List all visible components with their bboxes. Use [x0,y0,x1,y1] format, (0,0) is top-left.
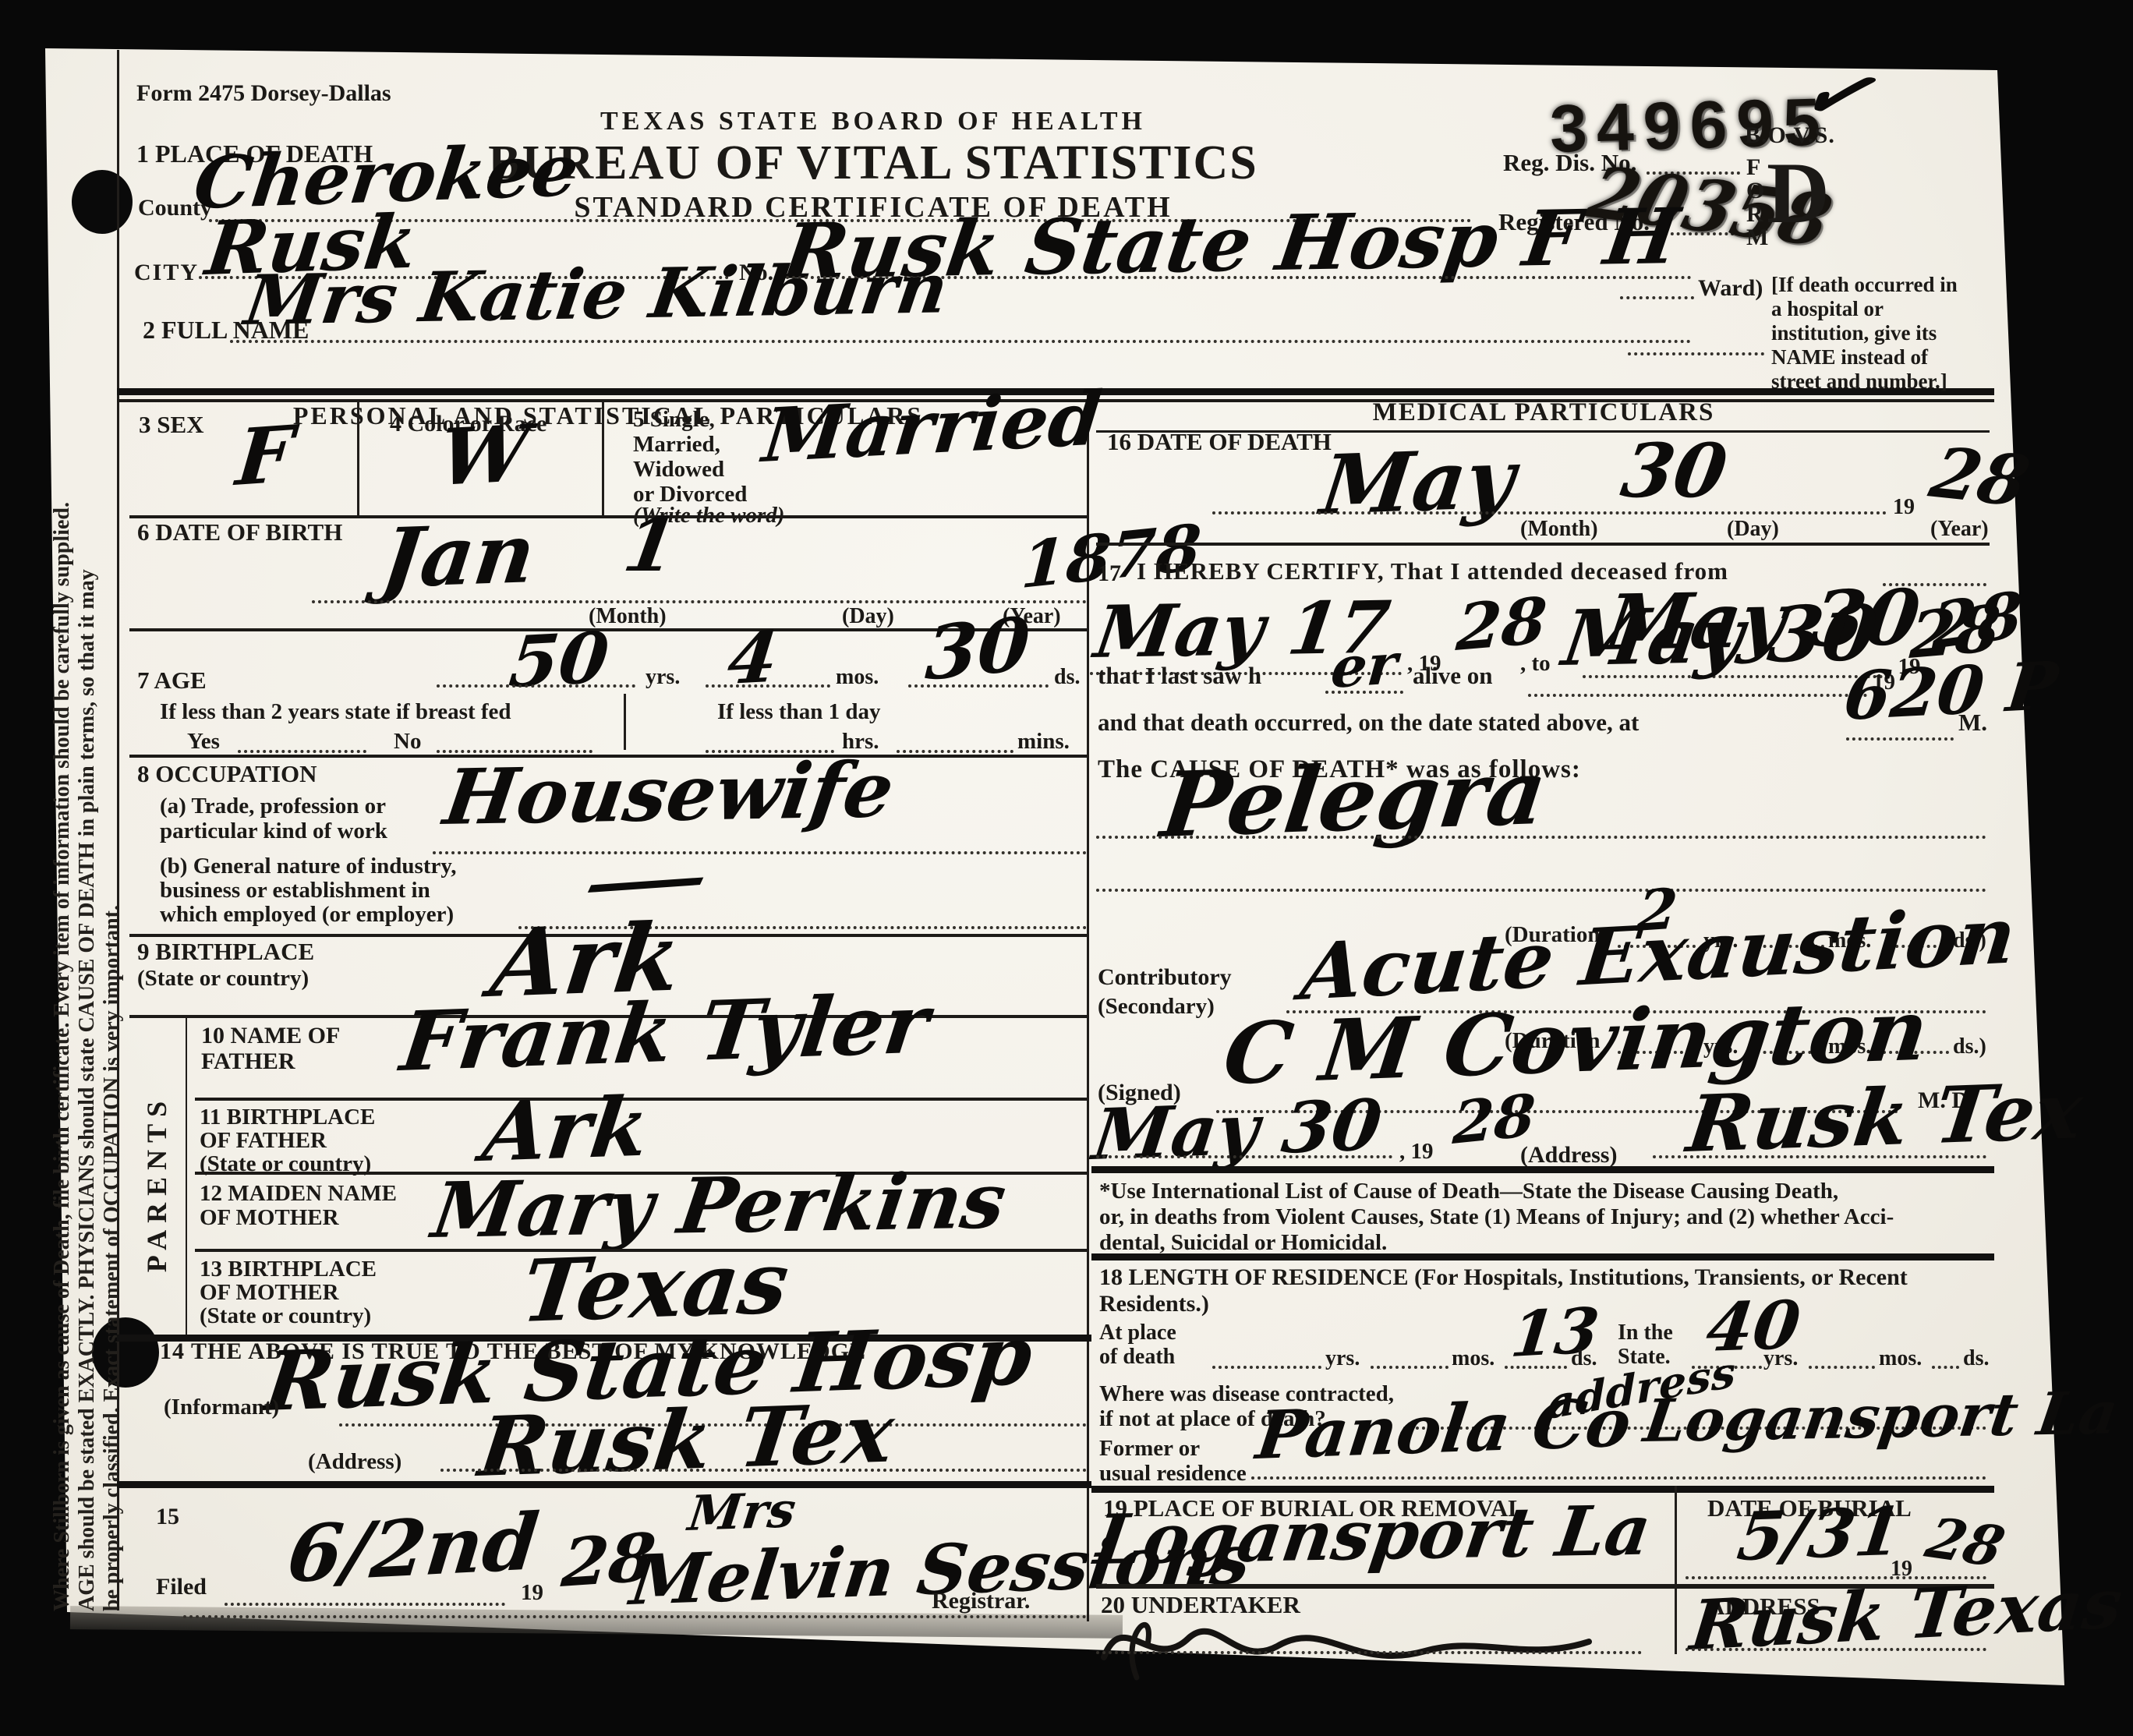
ward-lead-line [1620,296,1694,299]
occupation-a-label: (a) Trade, profession or particular kind… [160,794,387,843]
occupation-label: 8 OCCUPATION [137,761,317,787]
death-month-value: May [1318,444,1519,520]
birth-date-label: 6 DATE OF BIRTH [137,519,342,545]
birth-line [312,600,1087,603]
signed-year-printed: , 19 [1399,1140,1434,1164]
lessday-note: If less than 1 day [717,700,881,724]
filed-year-printed: 19 [521,1581,543,1605]
yes-line [238,750,366,753]
state-ds-label: ds. [1963,1347,1989,1370]
certify-number: 17 [1098,561,1121,586]
father-birthplace-label: 11 BIRTHPLACE OF FATHER (State or countr… [200,1105,375,1176]
death-time-value: 620 P [1841,658,2060,725]
marital-value: Married [760,388,1104,468]
last-saw-fill [1325,691,1403,694]
age-years-value: 50 [507,628,611,693]
birthplace-sub-label: (State or country) [137,967,309,991]
death-date-line [1212,511,1887,514]
former-residence-place: Logansport La [1641,1388,2121,1446]
filed-line [225,1603,505,1606]
state-mos-label: mos. [1879,1347,1922,1370]
father-birthplace-value: Ark [479,1092,653,1168]
yes-label: Yes [187,730,220,754]
registrar-title: Mrs [686,1490,798,1534]
former-residence-line [1251,1476,1986,1480]
occurred-text: and that death occurred, on the date sta… [1098,709,1639,735]
age-sub-divider [624,694,626,750]
age-line [908,684,1049,688]
filed-number: 15 [156,1504,179,1529]
margin-note-line: Where Stillborn is given as cause of Dea… [50,56,75,1611]
undertaker-address-line [1686,1648,1986,1651]
state-yrs-label: yrs. [1763,1347,1798,1370]
birth-month-value: Jan [378,518,539,593]
row-rule-heavy [1091,1253,1994,1260]
occupation-a-line [433,851,1087,854]
city-label: CITY [134,260,199,285]
ward-sub-line [1628,352,1764,355]
at-place-label: At place of death [1099,1321,1176,1369]
age-days-value: 30 [924,613,1031,687]
parents-vertical-label: PARENTS [142,1027,178,1339]
day-label: (Day) [1727,518,1779,541]
undertaker-address-value: Rusk Texas [1688,1574,2124,1654]
signed-address-label: (Address) [1520,1143,1617,1168]
age-label: 7 AGE [137,667,207,693]
informant-address-label: (Address) [308,1450,401,1474]
former-residence-label: Former or usual residence [1099,1436,1247,1486]
row-rule [1096,543,1990,546]
signed-year-value: 28 [1452,1091,1537,1148]
residence-mos-label: mos. [1452,1347,1495,1370]
day-label: (Day) [842,605,894,628]
board-title: TEXAS STATE BOARD OF HEALTH [592,108,1154,136]
occupation-b-value: — [581,849,711,910]
residence-line [1371,1366,1449,1369]
undertaker-col-divider [1675,1584,1677,1654]
age-line [706,684,830,688]
year-label: (Year) [1930,518,1989,541]
ds-label: ds. [1054,666,1080,689]
residence-yrs-label: yrs. [1325,1347,1360,1370]
last-saw-value: May 30 [1559,601,1880,671]
residence-line [1505,1366,1567,1369]
last-saw-prefix: that I last saw h [1098,663,1261,688]
residence-line [1212,1366,1321,1369]
col-divider [602,401,604,516]
medical-section-title: MEDICAL PARTICULARS [1247,399,1840,427]
m-label: M. [1958,709,1987,735]
full-name-line [230,340,1692,343]
residence-line [1809,1366,1875,1369]
col-divider [357,401,359,516]
mins-label: mins. [1017,730,1070,754]
residence-ds-label: ds. [1571,1347,1597,1370]
mother-birthplace-label: 13 BIRTHPLACE OF MOTHER (State or countr… [200,1257,377,1328]
race-value: W [437,420,532,491]
filed-date-value: 6/2nd [285,1508,542,1588]
signed-address-value: Rusk Tex [1684,1078,2085,1158]
signed-date-line [1096,1155,1392,1158]
secondary-label: (Secondary) [1098,995,1215,1019]
age-line [437,684,635,688]
month-label: (Month) [1520,518,1598,541]
cause-value: Pelegra [1158,755,1550,844]
occupation-a-value: Housewife [440,758,897,830]
occupation-b-label: (b) General nature of industry, business… [160,854,457,927]
row-rule-heavy [1091,1166,1994,1173]
father-name-label: 10 NAME OF FATHER [201,1023,340,1074]
death-date-label: 16 DATE OF DEATH [1107,429,1332,454]
last-saw-mid: alive on [1413,663,1492,688]
margin-note-line: be properly classified. Exact statement … [100,56,125,1611]
form-letter: D [1767,147,1830,241]
registrar-label: Registrar. [932,1589,1030,1614]
filed-bottom-line [183,1615,1087,1618]
last-saw-line [1528,694,1867,697]
residence-line [1932,1366,1959,1369]
mins-line [897,750,1013,753]
row-rule-heavy [117,1481,1091,1488]
signed-address-line [1653,1155,1986,1158]
bureau-title: BUREAU OF VITAL STATISTICS [483,137,1263,189]
margin-note-line: AGE should be stated EXACTLY. PHYSICIANS… [75,56,100,1611]
duration2-ds-label: ds.) [1953,1035,1986,1059]
form-number: Form 2475 Dorsey-Dallas [136,81,391,106]
birthplace-label: 9 BIRTHPLACE [137,939,314,964]
ward-label: Ward) [1698,276,1763,301]
undertaker-signature [1090,1596,1636,1682]
margin-notes: Where Stillborn is given as cause of Dea… [50,56,125,1611]
burial-year-value: 28 [1922,1515,2009,1571]
yrs-label: yrs. [646,666,680,689]
death-day-value: 30 [1618,440,1731,504]
marital-label: 5 Single, Married, Widowed or Divorced [633,407,747,507]
cause-line [1096,889,1986,892]
mother-name-label: 12 MAIDEN NAME OF MOTHER [200,1182,397,1230]
parents-rule [186,1016,187,1335]
death-year-value: 28 [1926,443,2034,511]
burial-date-value: 5/31 [1735,1504,1905,1565]
certify-from-year: 28 [1455,594,1548,656]
full-name-value: Mrs Katie Kilburn [242,259,951,329]
birth-day-value: 1 [620,514,681,578]
age-months-value: 4 [725,628,780,690]
last-saw-hw: er [1329,639,1399,691]
father-name-value: Frank Tyler [398,989,932,1077]
certify-to-label: , to [1520,652,1551,676]
mos-label: mos. [836,666,879,689]
cause-footnote: *Use International List of Cause of Deat… [1099,1179,1988,1256]
breastfed-note: If less than 2 years state if breast fed [160,700,511,724]
death-time-line [1846,737,1954,741]
contributory-label: Contributory [1098,965,1232,990]
filed-label: Filed [156,1575,207,1600]
informant-label: (Informant) [164,1395,279,1420]
cause-line [1096,836,1986,839]
ward-note: [If death occurred in a hospital or inst… [1771,273,1968,394]
informant-address-line [440,1469,1087,1472]
undertaker-line [1096,1651,1642,1654]
death-year-printed: 19 [1893,496,1915,519]
mother-name-value: Mary Perkins [429,1169,1010,1243]
death-certificate-scan: Where Stillborn is given as cause of Dea… [0,0,2133,1736]
form-left-rule [117,50,119,1610]
sex-value: F [234,421,295,491]
burial-place-value: Logansport La [1091,1501,1654,1569]
sex-label: 3 SEX [139,412,204,437]
no-label: No [394,730,421,754]
